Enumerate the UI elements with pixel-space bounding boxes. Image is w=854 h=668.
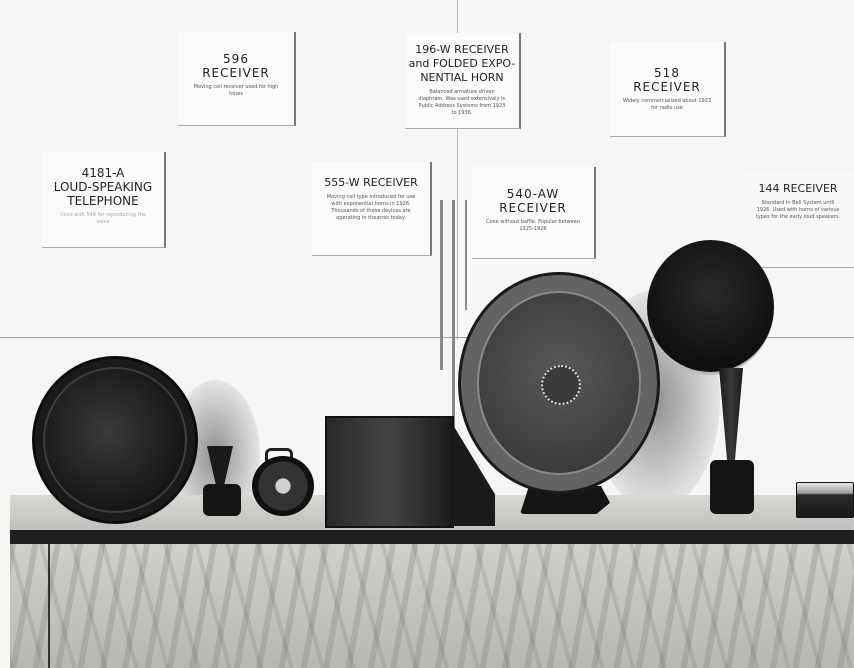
small-rectangular-receiver	[796, 482, 854, 518]
placard-title: 596	[178, 52, 294, 66]
table-edge-band	[10, 530, 854, 544]
placard-title: 144 RECEIVER	[742, 182, 854, 196]
placard-title: LOUD-SPEAKING	[42, 180, 164, 194]
placard-title: RECEIVER	[472, 201, 594, 215]
placard-description: Moving coil type introduced for use with…	[324, 194, 418, 222]
placard-description: Standard in Bell System until 1926. Used…	[754, 200, 842, 221]
placard-596: 596 RECEIVER Moving coil receiver used f…	[178, 32, 296, 126]
placard-description: Used with 548 for reproducing the voice	[54, 212, 152, 226]
placard-description: Balanced armature driven diaphram. Was u…	[417, 89, 507, 117]
placard-4181a: 4181-A LOUD-SPEAKING TELEPHONE Used with…	[42, 152, 166, 248]
placard-518: 518 RECEIVER Widely commercialized about…	[610, 42, 726, 137]
placard-title: 196-W RECEIVER	[405, 43, 519, 57]
placard-description: Moving coil receiver used for high tones	[190, 84, 282, 98]
placard-title: RECEIVER	[610, 80, 724, 94]
placard-144: 144 RECEIVER Standard in Bell System unt…	[742, 172, 854, 268]
placard-description: Cone without baffle. Popular between 192…	[484, 219, 582, 233]
placard-540aw: 540-AW RECEIVER Cone without baffle. Pop…	[472, 167, 596, 259]
placard-title: NENTIAL HORN	[405, 71, 519, 85]
144-horn-neck	[716, 368, 746, 464]
placard-title: TELEPHONE	[42, 194, 164, 208]
placard-title: and FOLDED EXPO-	[405, 57, 519, 71]
support-rod	[465, 200, 467, 310]
folded-horn-box	[325, 416, 454, 528]
placard-description: Widely commercialized about 1923 for rad…	[622, 98, 712, 112]
small-horn-base	[203, 484, 241, 516]
support-rod	[440, 200, 443, 370]
table-cloth	[10, 544, 854, 668]
540-aw-cone-disc	[458, 272, 660, 494]
placard-title: 540-AW	[472, 187, 594, 201]
placard-title: 555-W RECEIVER	[312, 176, 430, 190]
exhibit-photograph: 596 RECEIVER Moving coil receiver used f…	[0, 0, 854, 668]
placard-title: 4181-A	[42, 166, 164, 180]
placard-555w: 555-W RECEIVER Moving coil type introduc…	[312, 162, 432, 256]
placard-196w: 196-W RECEIVER and FOLDED EXPO- NENTIAL …	[405, 33, 521, 129]
144-horn-base	[710, 460, 754, 514]
144-horn-bell	[647, 240, 774, 375]
placard-title: RECEIVER	[178, 66, 294, 80]
reel-receiver	[252, 456, 314, 516]
large-dark-disc-speaker	[32, 356, 198, 524]
disc-center-hub	[541, 365, 581, 405]
cloth-fold	[48, 544, 50, 668]
placard-title: 518	[610, 66, 724, 80]
